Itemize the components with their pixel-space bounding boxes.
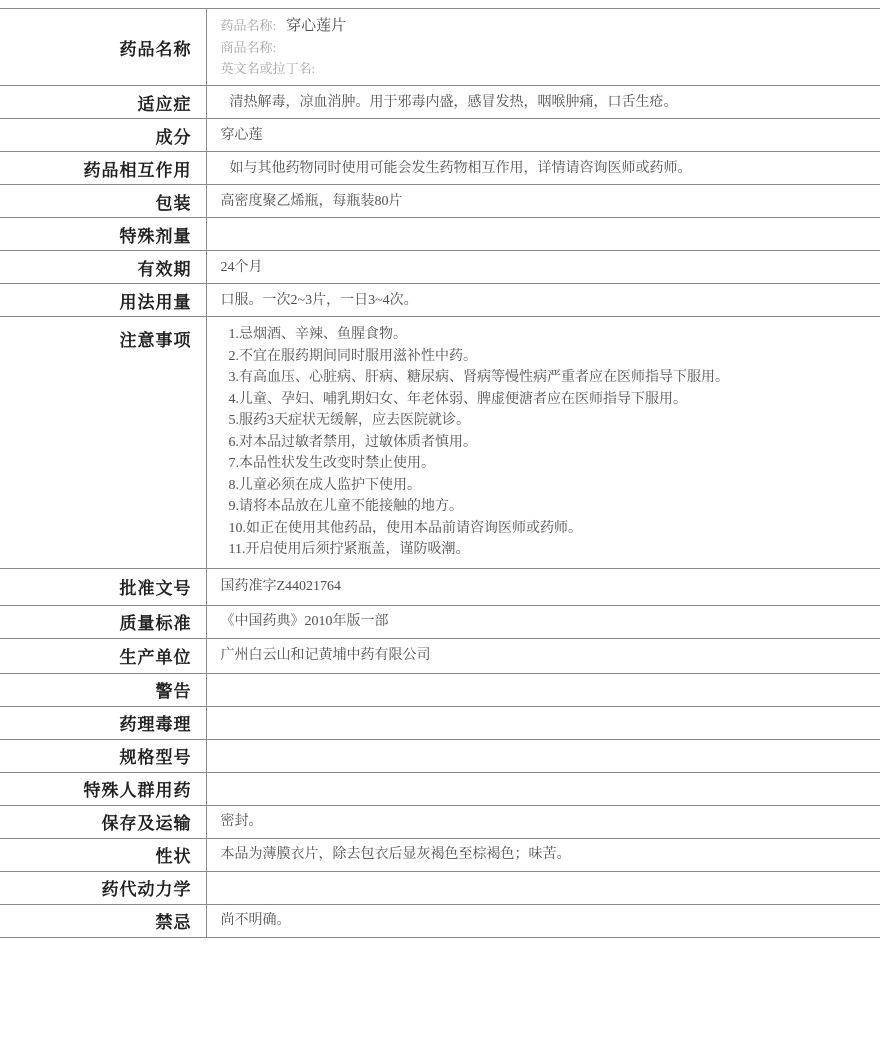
row-special-dosage: 特殊剂量 <box>0 218 880 251</box>
row-label: 特殊人群用药 <box>0 772 206 805</box>
drug-name-sublabel: 药品名称: <box>221 18 277 33</box>
row-approval-number: 批准文号 国药准字Z44021764 <box>0 568 880 605</box>
row-label: 适应症 <box>0 86 206 119</box>
row-label: 包装 <box>0 185 206 218</box>
row-indications: 适应症 清热解毒，凉血消肿。用于邪毒内盛，感冒发热，咽喉肿痛，口舌生疮。 <box>0 86 880 119</box>
row-value: 清热解毒，凉血消肿。用于邪毒内盛，感冒发热，咽喉肿痛，口舌生疮。 <box>206 86 880 119</box>
row-value <box>206 871 880 904</box>
drug-name-line: 药品名称:穿心莲片 <box>221 15 871 37</box>
row-quality-standard: 质量标准 《中国药典》2010年版一部 <box>0 605 880 638</box>
row-packaging: 包装 高密度聚乙烯瓶，每瓶装80片 <box>0 185 880 218</box>
row-label: 批准文号 <box>0 568 206 605</box>
row-label: 警告 <box>0 673 206 706</box>
row-label: 规格型号 <box>0 739 206 772</box>
row-label: 药理毒理 <box>0 706 206 739</box>
row-drug-interactions: 药品相互作用 如与其他药物同时使用可能会发生药物相互作用，详情请咨询医师或药师。 <box>0 152 880 185</box>
row-label: 药品名称 <box>0 9 206 86</box>
drug-name-value: 穿心莲片 <box>286 18 346 34</box>
row-label: 成分 <box>0 119 206 152</box>
row-value: 国药准字Z44021764 <box>206 568 880 605</box>
row-value <box>206 218 880 251</box>
row-storage-transport: 保存及运输 密封。 <box>0 805 880 838</box>
row-value: 高密度聚乙烯瓶，每瓶装80片 <box>206 185 880 218</box>
row-value: 《中国药典》2010年版一部 <box>206 605 880 638</box>
row-label: 质量标准 <box>0 605 206 638</box>
row-pharmacokinetics: 药代动力学 <box>0 871 880 904</box>
row-value: 如与其他药物同时使用可能会发生药物相互作用，详情请咨询医师或药师。 <box>206 152 880 185</box>
row-contraindications: 禁忌 尚不明确。 <box>0 904 880 937</box>
row-value <box>206 739 880 772</box>
drug-info-table: 药品名称 药品名称:穿心莲片 商品名称: 英文名或拉丁名: 适应症 清热解毒，凉… <box>0 8 880 938</box>
row-pharmacology-toxicology: 药理毒理 <box>0 706 880 739</box>
row-label: 禁忌 <box>0 904 206 937</box>
row-dosage-usage: 用法用量 口服。一次2~3片，一日3~4次。 <box>0 284 880 317</box>
english-name-sublabel: 英文名或拉丁名: <box>221 58 871 79</box>
row-shelf-life: 有效期 24个月 <box>0 251 880 284</box>
row-value: 口服。一次2~3片，一日3~4次。 <box>206 284 880 317</box>
row-value <box>206 706 880 739</box>
row-specification-model: 规格型号 <box>0 739 880 772</box>
row-precautions: 注意事项 1.忌烟酒、辛辣、鱼腥食物。 2.不宜在服药期间同时服用滋补性中药。 … <box>0 317 880 569</box>
row-value: 药品名称:穿心莲片 商品名称: 英文名或拉丁名: <box>206 9 880 86</box>
row-manufacturer: 生产单位 广州白云山和记黄埔中药有限公司 <box>0 638 880 673</box>
row-value: 穿心莲 <box>206 119 880 152</box>
row-value: 24个月 <box>206 251 880 284</box>
row-drug-name: 药品名称 药品名称:穿心莲片 商品名称: 英文名或拉丁名: <box>0 9 880 86</box>
row-warning: 警告 <box>0 673 880 706</box>
row-label: 药代动力学 <box>0 871 206 904</box>
row-value: 密封。 <box>206 805 880 838</box>
row-value <box>206 673 880 706</box>
row-label: 特殊剂量 <box>0 218 206 251</box>
row-ingredients: 成分 穿心莲 <box>0 119 880 152</box>
row-value <box>206 772 880 805</box>
row-special-populations: 特殊人群用药 <box>0 772 880 805</box>
row-label: 生产单位 <box>0 638 206 673</box>
row-description: 性状 本品为薄膜衣片，除去包衣后显灰褐色至棕褐色；味苦。 <box>0 838 880 871</box>
row-value: 本品为薄膜衣片，除去包衣后显灰褐色至棕褐色；味苦。 <box>206 838 880 871</box>
row-value: 广州白云山和记黄埔中药有限公司 <box>206 638 880 673</box>
row-label: 有效期 <box>0 251 206 284</box>
row-label: 保存及运输 <box>0 805 206 838</box>
row-value: 1.忌烟酒、辛辣、鱼腥食物。 2.不宜在服药期间同时服用滋补性中药。 3.有高血… <box>206 317 880 569</box>
row-label: 药品相互作用 <box>0 152 206 185</box>
row-value: 尚不明确。 <box>206 904 880 937</box>
row-label: 性状 <box>0 838 206 871</box>
row-label: 注意事项 <box>0 317 206 569</box>
trade-name-sublabel: 商品名称: <box>221 37 871 58</box>
row-label: 用法用量 <box>0 284 206 317</box>
